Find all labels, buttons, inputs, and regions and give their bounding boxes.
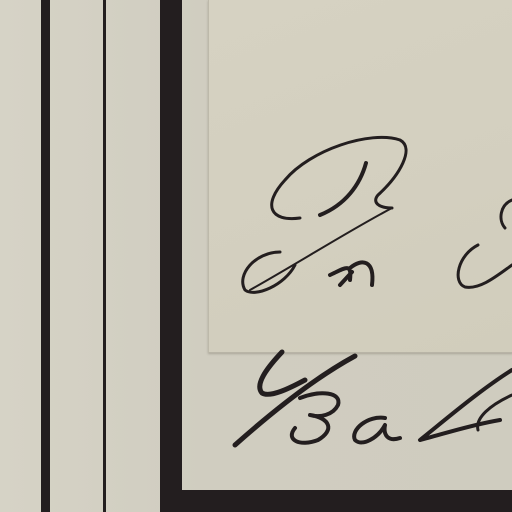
handwriting-ink — [0, 0, 512, 512]
document-background — [0, 0, 512, 512]
